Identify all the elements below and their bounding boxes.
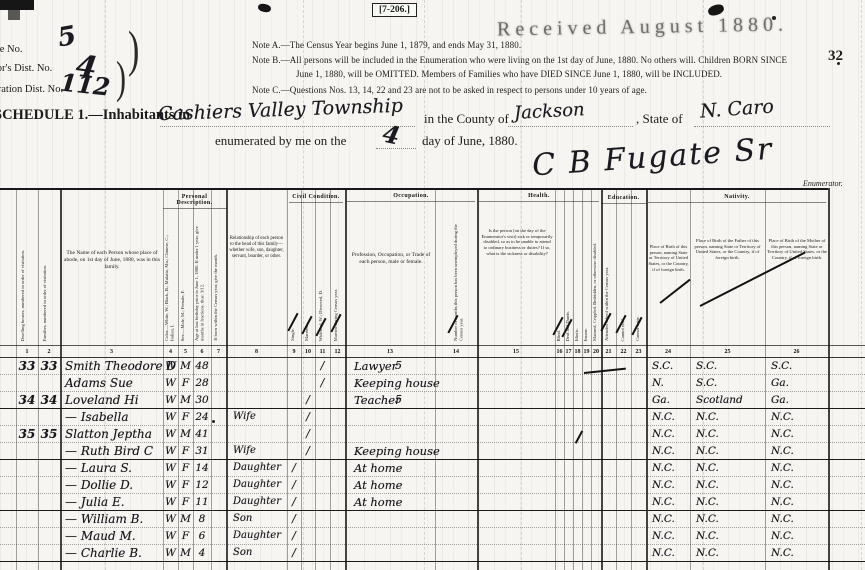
cell-margin (828, 409, 865, 425)
cell-month-born (211, 562, 226, 570)
cell-margin (828, 443, 865, 459)
page-no-value: 5 (56, 21, 79, 54)
table-row: — Charlie B.WM4Son/N.C.N.C.N.C. (0, 545, 865, 562)
cell-married-during-year (330, 375, 345, 391)
group-nativity: Nativity. (648, 194, 826, 203)
cell-margin (0, 443, 16, 459)
cell-sickness (477, 426, 555, 442)
cell-widowed (315, 511, 330, 527)
cell-maimed (591, 494, 601, 510)
cell-deaf-dumb (564, 477, 573, 493)
cell-months-unemployed (435, 409, 477, 425)
cell-maimed (591, 545, 601, 561)
cell-color: W (163, 392, 178, 408)
column-number: 1 (16, 346, 38, 358)
table-row (0, 562, 865, 570)
cell-name: — Dollie D. (60, 477, 163, 493)
cell-father-birthplace: N.C. (690, 545, 765, 561)
cell-married (301, 358, 315, 374)
cell-month-born (211, 358, 226, 374)
cell-cannot-write (631, 477, 646, 493)
cell-single (287, 358, 301, 374)
cell-single (287, 392, 301, 408)
cell-mother-birthplace: N.C. (765, 426, 828, 442)
cell-mother-birthplace: N.C. (765, 545, 828, 561)
brace-mark: ) (116, 54, 126, 105)
cell-age: 31 (193, 443, 211, 459)
cell-insane (582, 409, 591, 425)
col-header-family-number: Families, numbered in order of visitatio… (42, 265, 55, 341)
column-number: 2 (38, 346, 60, 358)
cell-blind (555, 477, 564, 493)
cell-idiotic (573, 477, 582, 493)
cell-months-unemployed (435, 460, 477, 476)
cell-family (38, 443, 60, 459)
cell-occupation (345, 545, 435, 561)
cell-occupation (345, 409, 435, 425)
cell-idiotic (573, 460, 582, 476)
table-row: Adams SueWF28/Keeping houseN.S.C.Ga. (0, 375, 865, 392)
cell-maimed (591, 477, 601, 493)
cell-relationship (226, 358, 287, 374)
cell-blind (555, 528, 564, 544)
cell-married-during-year (330, 494, 345, 510)
cell-attended-school (601, 511, 616, 527)
cell-margin (828, 511, 865, 527)
cell-married-during-year (330, 511, 345, 527)
cell-idiotic (573, 358, 582, 374)
cell-attended-school (601, 443, 616, 459)
cell-age: 48 (193, 358, 211, 374)
cell-single (287, 375, 301, 391)
cell-color (163, 562, 178, 570)
col-header-sex: Sex.—Male, M.; Female, F. (180, 290, 190, 341)
cell-birthplace: Ga. (646, 392, 690, 408)
cell-sickness (477, 375, 555, 391)
cell-occupation (345, 562, 435, 570)
cell-cannot-read (616, 409, 631, 425)
cell-cannot-read (616, 375, 631, 391)
cell-widowed (315, 460, 330, 476)
cell-sex: M (178, 511, 193, 527)
cell-age: 14 (193, 460, 211, 476)
cell-married: / (301, 392, 315, 408)
col-header-father-birthplace: Place of Birth of the Father of this per… (692, 238, 763, 261)
cell-blind (555, 494, 564, 510)
cell-cannot-read (616, 443, 631, 459)
cell-father-birthplace: S.C. (690, 375, 765, 391)
cell-sex: F (178, 460, 193, 476)
cell-single (287, 426, 301, 442)
cell-maimed (591, 511, 601, 527)
cell-married-during-year (330, 528, 345, 544)
cell-margin (0, 494, 16, 510)
cell-sickness (477, 562, 555, 570)
cell-occupation: At home (345, 494, 435, 510)
group-civil-condition: Civil Condition. (289, 194, 343, 203)
cell-relationship: Daughter (226, 528, 287, 544)
col-header-month-born: If born within the Census year, give the… (213, 254, 223, 341)
cell-dwelling (16, 545, 38, 561)
cell-birthplace: N.C. (646, 528, 690, 544)
column-number: 20 (591, 346, 601, 358)
cell-cannot-write (631, 460, 646, 476)
cell-blind (555, 426, 564, 442)
cell-birthplace: N.C. (646, 443, 690, 459)
cell-cannot-read (616, 477, 631, 493)
cell-cannot-write (631, 443, 646, 459)
col-header-occupation: Profession, Occupation, or Trade of each… (350, 252, 432, 266)
cell-dwelling: 35 (16, 426, 38, 442)
cell-attended-school (601, 375, 616, 391)
cell-widowed (315, 562, 330, 570)
cell-relationship (226, 426, 287, 442)
cell-father-birthplace: N.C. (690, 443, 765, 459)
cell-single: / (287, 460, 301, 476)
cell-maimed (591, 409, 601, 425)
cell-occupation: At home (345, 477, 435, 493)
cell-cannot-write (631, 545, 646, 561)
column-number: 14 (435, 346, 477, 358)
blank-rule (508, 126, 633, 127)
cell-family: 34 (38, 392, 60, 408)
cell-idiotic (573, 545, 582, 561)
scan-corner-mark (0, 0, 34, 10)
cell-blind (555, 409, 564, 425)
cell-months-unemployed (435, 562, 477, 570)
cell-margin (828, 477, 865, 493)
col-header-birthplace: Place of Birth of this person, naming St… (648, 244, 689, 272)
cell-married-during-year (330, 358, 345, 374)
col-header-dwelling-number: Dwelling houses, numbered in order of vi… (20, 250, 33, 341)
cell-widowed: / (315, 375, 330, 391)
cell-name (60, 562, 163, 570)
cell-occupation (345, 511, 435, 527)
cell-relationship (226, 375, 287, 391)
cell-margin (828, 545, 865, 561)
cell-attended-school (601, 494, 616, 510)
cell-widowed (315, 426, 330, 442)
cell-months-unemployed (435, 426, 477, 442)
cell-married-during-year (330, 477, 345, 493)
cell-attended-school (601, 460, 616, 476)
cell-single: / (287, 494, 301, 510)
cell-sickness (477, 443, 555, 459)
cell-maimed (591, 392, 601, 408)
cell-months-unemployed (435, 443, 477, 459)
cell-color: W (163, 409, 178, 425)
cell-sex: M (178, 358, 193, 374)
cell-insane (582, 426, 591, 442)
cell-sex: F (178, 528, 193, 544)
cell-birthplace: N.C. (646, 426, 690, 442)
cell-insane (582, 511, 591, 527)
cell-father-birthplace: Scotland (690, 392, 765, 408)
cell-sickness (477, 409, 555, 425)
ink-blot (257, 3, 271, 14)
cell-occupation: At home (345, 460, 435, 476)
cell-idiotic (573, 511, 582, 527)
township-value: Cashiers Valley Township (158, 95, 404, 126)
column-number: 16 (555, 346, 564, 358)
cell-married: / (301, 409, 315, 425)
cell-married-during-year (330, 545, 345, 561)
cell-dwelling (16, 375, 38, 391)
table-row: — Ruth Bird CWF31Wife/Keeping houseN.C.N… (0, 443, 865, 460)
cell-birthplace: N.C. (646, 511, 690, 527)
col-header-maimed: Maimed, Crippled, Bedridden, or otherwis… (592, 243, 601, 341)
cell-occupation: Lawyer (345, 358, 435, 374)
scan-corner-mark (8, 10, 20, 20)
cell-widowed (315, 528, 330, 544)
cell-married (301, 545, 315, 561)
state-value: N. Caro (699, 95, 774, 122)
cell-insane (582, 460, 591, 476)
cell-married (301, 494, 315, 510)
column-number: 9 (287, 346, 301, 358)
cell-name: — Julia E. (60, 494, 163, 510)
cell-deaf-dumb (564, 528, 573, 544)
cell-attended-school (601, 562, 616, 570)
cell-sickness (477, 511, 555, 527)
cell-margin (0, 460, 16, 476)
table-row: — Maud M.WF6Daughter/N.C.N.C.N.C. (0, 528, 865, 545)
cell-name: — William B. (60, 511, 163, 527)
cell-occupation (345, 528, 435, 544)
cell-insane (582, 494, 591, 510)
cell-attended-school (601, 528, 616, 544)
cell-father-birthplace: N.C. (690, 494, 765, 510)
received-stamp: Received August 1880. (497, 13, 788, 41)
cell-name: — Maud M. (60, 528, 163, 544)
cell-blind (555, 443, 564, 459)
cell-maimed (591, 460, 601, 476)
cell-father-birthplace: N.C. (690, 477, 765, 493)
cell-sex: M (178, 545, 193, 561)
cell-deaf-dumb (564, 443, 573, 459)
cell-family (38, 545, 60, 561)
cell-name: — Ruth Bird C (60, 443, 163, 459)
cell-color: W (163, 460, 178, 476)
cell-father-birthplace: N.C. (690, 460, 765, 476)
cell-month-born (211, 511, 226, 527)
cell-married-during-year (330, 443, 345, 459)
cell-maimed (591, 528, 601, 544)
col-header-attended-school: Attended school within the Census year. (604, 267, 616, 341)
cell-attended-school (601, 409, 616, 425)
cell-occupation: Teacher (345, 392, 435, 408)
cell-dwelling (16, 562, 38, 570)
group-personal-description: Personal Description. (163, 194, 226, 209)
cell-color: W (163, 528, 178, 544)
column-number: 22 (616, 346, 631, 358)
cell-margin (828, 346, 865, 358)
table-row: — Julia E.WF11Daughter/At homeN.C.N.C.N.… (0, 494, 865, 511)
column-number: 5 (178, 346, 193, 358)
cell-father-birthplace: N.C. (690, 528, 765, 544)
cell-married-during-year (330, 562, 345, 570)
cell-married (301, 477, 315, 493)
cell-occupation (345, 426, 435, 442)
cell-months-unemployed (435, 477, 477, 493)
group-health: Health. (479, 193, 599, 202)
cell-single: / (287, 528, 301, 544)
cell-father-birthplace: N.C. (690, 426, 765, 442)
cell-mother-birthplace: N.C. (765, 409, 828, 425)
cell-relationship: Wife (226, 443, 287, 459)
cell-cannot-write (631, 426, 646, 442)
cell-name: Slatton Jeptha (60, 426, 163, 442)
cell-age: 8 (193, 511, 211, 527)
cell-dwelling (16, 443, 38, 459)
cell-idiotic (573, 392, 582, 408)
county-label: in the County of (424, 111, 509, 127)
cell-birthplace: N.C. (646, 460, 690, 476)
column-number: 8 (226, 346, 287, 358)
cell-family: 33 (38, 358, 60, 374)
cell-margin (0, 477, 16, 493)
cell-cannot-write (631, 375, 646, 391)
cell-blind (555, 545, 564, 561)
cell-widowed (315, 392, 330, 408)
cell-age: 6 (193, 528, 211, 544)
cell-month-born (211, 528, 226, 544)
cell-blind (555, 562, 564, 570)
table-row: 3333Smith Theodore DWM48/Lawyer5S.C.S.C.… (0, 358, 865, 375)
cell-dwelling (16, 460, 38, 476)
cell-blind (555, 392, 564, 408)
census-rows: 3333Smith Theodore DWM48/Lawyer5S.C.S.C.… (0, 358, 865, 570)
cell-age: 24 (193, 409, 211, 425)
cell-cannot-read (616, 358, 631, 374)
cell-mother-birthplace (765, 562, 828, 570)
cell-margin (0, 528, 16, 544)
cell-deaf-dumb (564, 460, 573, 476)
cell-margin (828, 375, 865, 391)
cell-color: W (163, 426, 178, 442)
cell-family (38, 562, 60, 570)
cell-margin (0, 358, 16, 374)
cell-deaf-dumb (564, 358, 573, 374)
cell-dwelling: 33 (16, 358, 38, 374)
cell-married-during-year (330, 392, 345, 408)
cell-married (301, 460, 315, 476)
cell-widowed (315, 443, 330, 459)
cell-cannot-read (616, 528, 631, 544)
cell-blind (555, 375, 564, 391)
col-header-widowed: Widowed, W.; Divorced, D. (318, 290, 328, 341)
cell-cannot-write (631, 409, 646, 425)
column-number: 21 (601, 346, 616, 358)
cell-relationship: Son (226, 511, 287, 527)
cell-margin (0, 511, 16, 527)
column-number: 11 (315, 346, 330, 358)
cell-name: — Laura S. (60, 460, 163, 476)
cell-age (193, 562, 211, 570)
cell-cannot-read (616, 460, 631, 476)
cell-month-born (211, 545, 226, 561)
cell-married-during-year (330, 409, 345, 425)
table-row: — Dollie D.WF12Daughter/At homeN.C.N.C.N… (0, 477, 865, 494)
cell-deaf-dumb (564, 562, 573, 570)
ink-stroke (659, 279, 690, 304)
cell-sickness (477, 528, 555, 544)
enumerated-label: enumerated by me on the (215, 133, 346, 149)
cell-color: W (163, 443, 178, 459)
cell-dwelling (16, 511, 38, 527)
cell-sickness (477, 477, 555, 493)
cell-family (38, 375, 60, 391)
cell-mother-birthplace: N.C. (765, 460, 828, 476)
cell-margin (828, 426, 865, 442)
date-label: day of June, 1880. (422, 133, 518, 149)
column-number: 13 (345, 346, 435, 358)
cell-idiotic (573, 443, 582, 459)
cell-birthplace: N.C. (646, 477, 690, 493)
cell-name: Adams Sue (60, 375, 163, 391)
cell-margin (828, 562, 865, 570)
column-number: 23 (631, 346, 646, 358)
cell-single: / (287, 545, 301, 561)
cell-attended-school (601, 358, 616, 374)
cell-married: / (301, 443, 315, 459)
cell-relationship (226, 562, 287, 570)
table-row: — William B.WM8Son/N.C.N.C.N.C. (0, 511, 865, 528)
cell-family: 35 (38, 426, 60, 442)
cell-sex: M (178, 426, 193, 442)
cell-cannot-write (631, 358, 646, 374)
table-row: 3535Slatton JepthaWM41/N.C.N.C.N.C. (0, 426, 865, 443)
cell-cannot-read (616, 392, 631, 408)
cell-sex: F (178, 443, 193, 459)
column-number: 25 (690, 346, 765, 358)
cell-family (38, 460, 60, 476)
cell-insane (582, 392, 591, 408)
cell-cannot-read (616, 426, 631, 442)
cell-insane (582, 562, 591, 570)
table-row: 3434Loveland HiWM30/Teacher5Ga.ScotlandG… (0, 392, 865, 409)
cell-sex: F (178, 409, 193, 425)
cell-attended-school (601, 392, 616, 408)
cell-name: Loveland Hi (60, 392, 163, 408)
supervisor-dist-label: Supervisor's Dist. No. (0, 63, 52, 74)
cell-birthplace: S.C. (646, 358, 690, 374)
cell-name: — Charlie B. (60, 545, 163, 561)
col-header-insane: Insane. (583, 328, 590, 341)
cell-margin (0, 375, 16, 391)
cell-months-unemployed (435, 511, 477, 527)
enumeration-dist-label: Enumeration Dist. No. (0, 84, 63, 95)
cell-insane (582, 443, 591, 459)
column-number: 17 (564, 346, 573, 358)
cell-mother-birthplace: S.C. (765, 358, 828, 374)
cell-margin (828, 392, 865, 408)
cell-relationship: Wife (226, 409, 287, 425)
cell-blind (555, 460, 564, 476)
cell-cannot-write (631, 528, 646, 544)
cell-deaf-dumb (564, 426, 573, 442)
cell-widowed (315, 545, 330, 561)
cell-sex: M (178, 392, 193, 408)
cell-sickness (477, 358, 555, 374)
col-header-idiotic: Idiotic. (574, 328, 581, 341)
col-header-months-unemployed: Number of months this person has been un… (453, 223, 473, 341)
cell-age: 12 (193, 477, 211, 493)
column-number: 7 (211, 346, 226, 358)
cell-relationship: Daughter (226, 460, 287, 476)
note-b-line2: June 1, 1880, will be OMITTED. Members o… (296, 69, 722, 79)
cell-single (287, 443, 301, 459)
